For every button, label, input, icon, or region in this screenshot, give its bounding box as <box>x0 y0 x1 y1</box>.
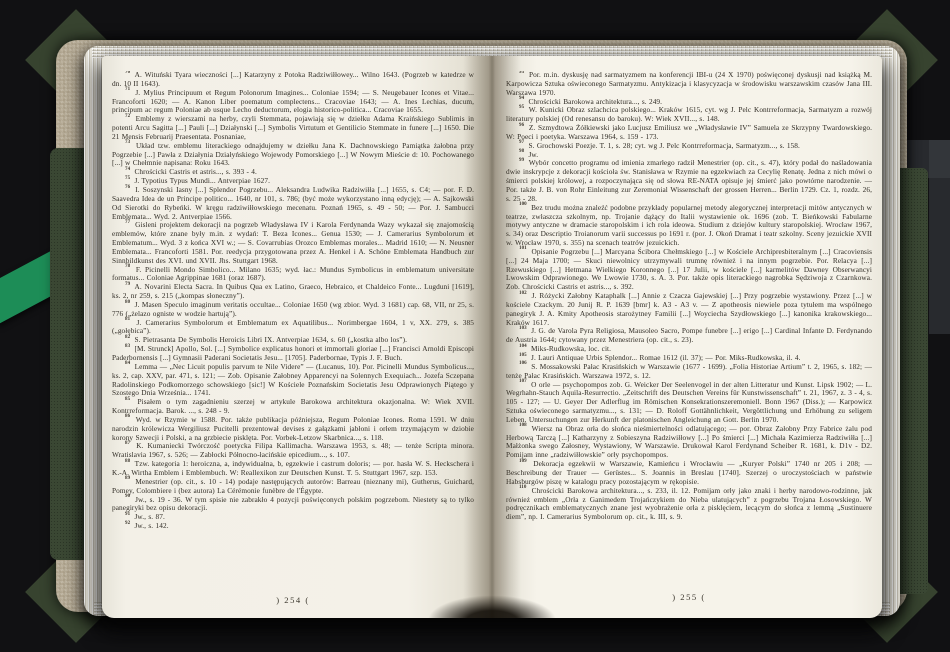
footnote-text: Jw., s. 142. <box>132 521 168 530</box>
footnote-text: Bez trudu można znaleźć podobne przykład… <box>506 203 872 247</box>
footnote: 107 O orle — psychopompos zob. G. Weicke… <box>506 381 872 425</box>
footnote-number: 87 <box>125 441 130 446</box>
footnote-number: 84 <box>125 361 130 366</box>
footnote: 109 Dekoracja egzekwii w Warszawie, Kami… <box>506 460 872 487</box>
footnote-text: S. Pietrasanta De Symbolis Heroicis Libr… <box>132 335 407 344</box>
footnote-number: 90 <box>125 494 130 499</box>
footnote-text: J. G. de Varola Pyra Religiosa, Mausoleo… <box>506 326 872 344</box>
footnote-text: Emblemy z wierszami na herby, czyli Stem… <box>112 114 474 141</box>
footnote: 90 Jw., s. 19 - 36. W tym spisie nie zab… <box>112 496 474 514</box>
footnote: 83 [M. Strunck] Apollo, Sol. [...] Symbo… <box>112 345 474 363</box>
footnote: 88 Tzw. kategoria 1: heroiczna, a, indyw… <box>112 460 474 478</box>
footnote-text: J. Typotius Typus Mundi... Antverpiae 16… <box>132 176 270 185</box>
footnote: 103 J. G. de Varola Pyra Religiosa, Maus… <box>506 327 872 345</box>
page-number-right: ) 255 ( <box>506 592 872 602</box>
footnote-number: 79 <box>125 282 130 287</box>
footnote-number: 91 <box>125 512 130 517</box>
footnote: 86 Wyd. w Rzymie w 1588. Por. także publ… <box>112 416 474 443</box>
footnote-number: 76 <box>125 185 130 190</box>
footnote: 101 Opisanie Pogrzebu [...] Marcyana Ści… <box>506 248 872 292</box>
footnote: 92 Jw., s. 142. <box>112 522 474 531</box>
footnote: 87 K. Kumaniecki Twórczość poetycka Fili… <box>112 442 474 460</box>
book-gutter-bottom-shadow <box>427 595 557 618</box>
footnote-number: 70 <box>125 71 130 75</box>
footnote-text: [M. Strunck] Apollo, Sol. [...] Symbolic… <box>112 344 474 362</box>
footnote: 81 J. Camerarius Symbolorum et Emblematu… <box>112 319 474 337</box>
footnote: 96 Z. Szmydtowa Żółkiewski jako Lucjusz … <box>506 124 872 142</box>
footnote-number: 73 <box>125 140 130 145</box>
footnote-text: J. Camerarius Symbolorum et Emblematum e… <box>112 318 474 336</box>
footnote: 95 W. Kunicki Obraz szlachcica polskiego… <box>506 106 872 124</box>
footnote-text: J. Różycki Załobny Kataphalk [...] Annie… <box>506 291 872 327</box>
footnote: 93 Por. m.in. dyskusję nad sarmatyzmem n… <box>506 71 872 98</box>
footnote: 78 F. Picinelli Mondo Simbolico... Milan… <box>112 266 474 284</box>
footnote-text: J. Masen Speculo imaginum veritatis occu… <box>112 300 474 318</box>
footnote: 72 Emblemy z wierszami na herby, czyli S… <box>112 115 474 142</box>
footnote: 85 Pisałem o tym zagadnieniu szerzej w a… <box>112 398 474 416</box>
footnote-text: Opisanie Pogrzebu [...] Marcyana Ścibora… <box>506 247 872 291</box>
footnote-number: 71 <box>125 87 130 92</box>
open-book-spread: 70 A. Wituński Tyara wieczności [...] Ka… <box>102 56 882 618</box>
footnote: 106 S. Mossakowski Pałac Krasińskich w W… <box>506 363 872 381</box>
footnote-text: J. Lauri Antiquae Urbis Splendor... Roma… <box>529 353 801 362</box>
footnote-text: Układ tzw. emblemu literackiego odnajduj… <box>112 141 474 168</box>
footnote-number: 77 <box>125 220 130 225</box>
footnote-text: Por. m.in. dyskusję nad sarmatyzmem na k… <box>506 71 872 97</box>
footnote-number: 81 <box>125 317 130 322</box>
footnote-text: Chrościcki Barokowa architektura..., s. … <box>506 486 872 522</box>
footnote: 100 Bez trudu można znaleźć podobne przy… <box>506 204 872 248</box>
footnote-number: 83 <box>125 344 130 349</box>
footnote-text: I. Soszynski Iasny [...] Splendor Pogrze… <box>112 185 474 221</box>
footnote-text: Jw., s. 87. <box>132 512 165 521</box>
page-right: 93 Por. m.in. dyskusję nad sarmatyzmem n… <box>494 56 882 618</box>
footnote-text: Chrościcki Barokowa architektura..., s. … <box>526 97 662 106</box>
footnote-text: S. Grochowski Poezje. T. 1, s. 28; cyt. … <box>526 141 800 150</box>
footnote: 108 Wiersz na Obraz orła do słońca nieśm… <box>506 425 872 460</box>
footnote-text: Gisleni projektem dekoracji na pogrzeb W… <box>112 220 474 264</box>
footnote: 73 Układ tzw. emblemu literackiego odnaj… <box>112 142 474 169</box>
footnote-text: Miks-Rudkowska, loc. cit. <box>529 344 611 353</box>
footnote-text: S. Mossakowski Pałac Krasińskich w Warsz… <box>506 362 872 380</box>
footnote: 97 S. Grochowski Poezje. T. 1, s. 28; cy… <box>506 142 872 151</box>
footnote-number: 80 <box>125 300 130 305</box>
footnote-text: J. Mylius Principuum et Regum Polonorum … <box>112 88 474 115</box>
footnote-text: Z. Szmydtowa Żółkiewski jako Lucjusz Emi… <box>506 123 872 141</box>
footnote-text: Chrościcki Castris et astris..., s. 393 … <box>132 167 257 176</box>
footnote-number: 75 <box>125 176 130 181</box>
page-left: 70 A. Wituński Tyara wieczności [...] Ka… <box>102 56 494 618</box>
footnote-text: Wybór concetto programu od imienia zmarł… <box>506 158 872 202</box>
footnote: 70 A. Wituński Tyara wieczności [...] Ka… <box>112 71 474 89</box>
footnote-text: O orle — psychopompos zob. G. Weicker De… <box>506 380 872 424</box>
footnote-text: A. Wituński Tyara wieczności [...] Katar… <box>112 71 474 88</box>
footnote: 71 J. Mylius Principuum et Regum Polonor… <box>112 89 474 116</box>
page-number-left: ) 254 ( <box>112 595 474 605</box>
footnote-number: 82 <box>125 335 130 340</box>
footnote-number: 88 <box>125 459 130 464</box>
footnote: 99 Wybór concetto programu od imienia zm… <box>506 159 872 203</box>
book-gutter-shadow <box>463 56 521 618</box>
footnote-text: Dekoracja egzekwii w Warszawie, Kamieńcu… <box>506 459 872 486</box>
footnote-number: 92 <box>125 521 130 526</box>
footnote-text: Wyd. w Rzymie w 1588. Por. także publika… <box>112 415 474 442</box>
footnote: 84 Lemma — „Nec Licuit populis parvum te… <box>112 363 474 398</box>
footnote-text: A. Novarini Electa Sacra. In Quibus Qua … <box>112 282 474 300</box>
footnote-number: 72 <box>125 114 130 119</box>
footnote-text: Wiersz na Obraz orła do słońca nieśmiert… <box>506 424 872 460</box>
footnote-text: Menestrier (op. cit., s. 10 - 14) podaje… <box>112 477 474 495</box>
footnote-number: 85 <box>125 397 130 402</box>
footnote-text: W. Kunicki Obraz szlachcica polskiego...… <box>506 105 872 123</box>
footnote: 76 I. Soszynski Iasny [...] Splendor Pog… <box>112 186 474 221</box>
footnote: 80 J. Masen Speculo imaginum veritatis o… <box>112 301 474 319</box>
footnote-text: K. Kumaniecki Twórczość poetycka Filipa … <box>112 441 474 459</box>
footnote-text: Jw., s. 19 - 36. W tym spisie nie zabrak… <box>112 495 474 513</box>
footnote-number: 89 <box>125 476 130 481</box>
footnote-text: Lemma — „Nec Licuit populis parvum te Ni… <box>112 362 474 398</box>
footnote-number: 74 <box>125 167 130 172</box>
footnotes-column-right: 93 Por. m.in. dyskusję nad sarmatyzmem n… <box>506 71 872 589</box>
backdrop-object <box>929 140 950 334</box>
footnotes-column-left: 70 A. Wituński Tyara wieczności [...] Ka… <box>112 71 474 589</box>
book-photo: 70 A. Wituński Tyara wieczności [...] Ka… <box>0 0 950 652</box>
footnote: 110 Chrościcki Barokowa architektura...,… <box>506 487 872 522</box>
footnote: 79 A. Novarini Electa Sacra. In Quibus Q… <box>112 283 474 301</box>
footnote: 77 Gisleni projektem dekoracji na pogrze… <box>112 221 474 265</box>
footnote-text: F. Picinelli Mondo Simbolico... Milano 1… <box>112 265 474 283</box>
footnote-text: Pisałem o tym zagadnieniu szerzej w arty… <box>112 397 474 415</box>
footnote: 89 Menestrier (op. cit., s. 10 - 14) pod… <box>112 478 474 496</box>
footnote: 102 J. Różycki Załobny Kataphalk [...] A… <box>506 292 872 327</box>
footnote-number: 78 <box>125 264 130 269</box>
footnote-number: 86 <box>125 414 130 419</box>
footnote-text: Jw. <box>526 150 538 159</box>
footnote-text: Tzw. kategoria 1: heroiczna, a, indywidu… <box>112 459 474 477</box>
